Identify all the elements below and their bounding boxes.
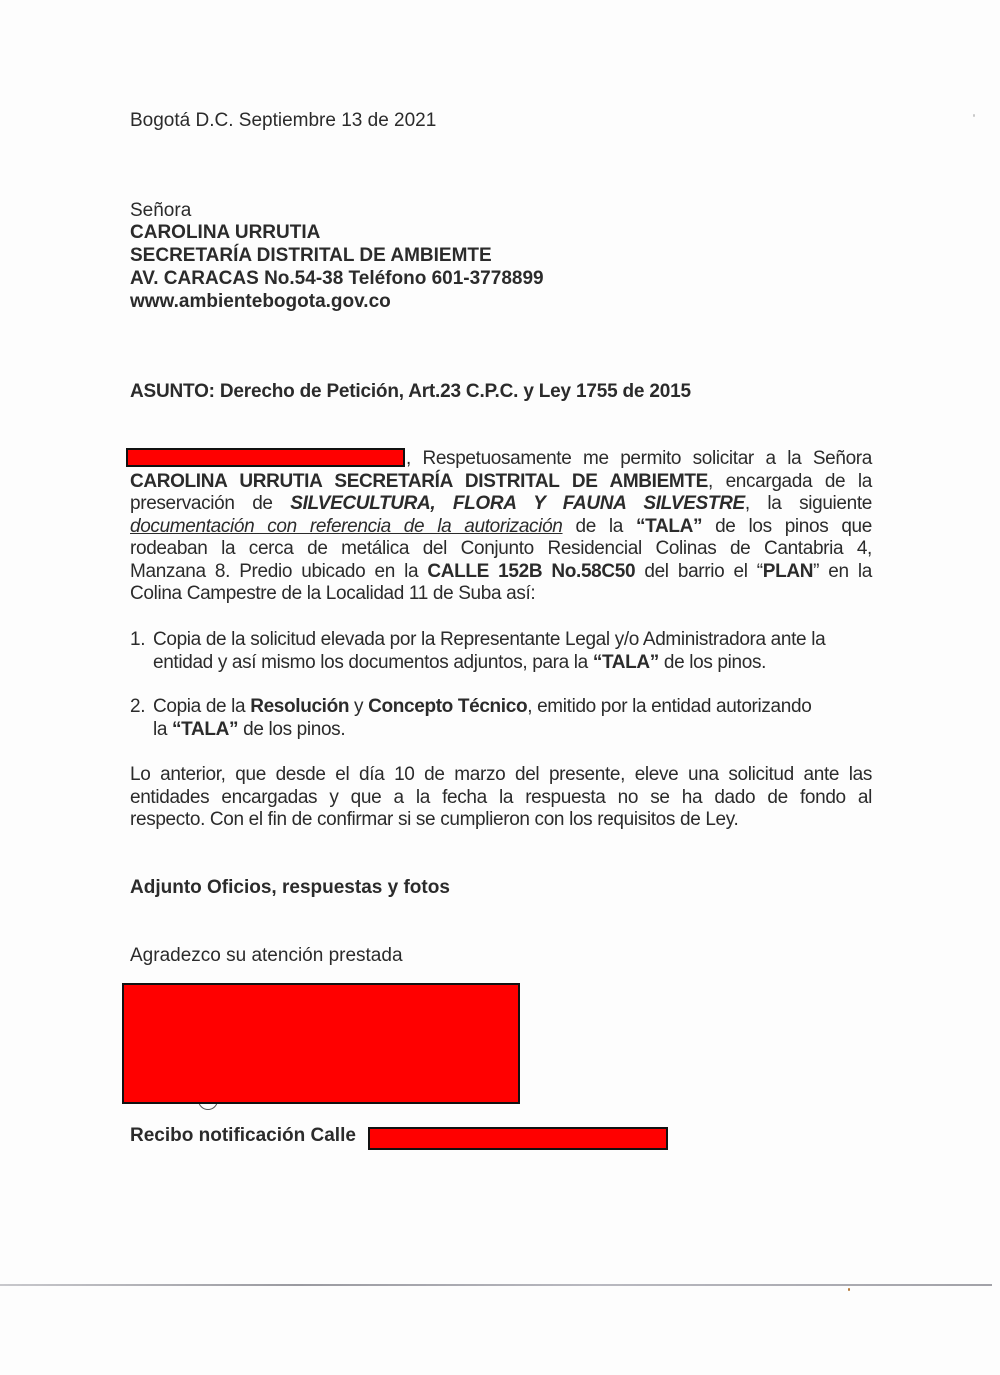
request-line: Copia de la Resolución y Concepto Técnic… [153, 696, 875, 719]
recipient-salutation: Señora [130, 199, 191, 222]
scan-speck [848, 1288, 850, 1291]
attachments-note: Adjunto Oficios, respuestas y fotos [130, 876, 450, 899]
thanks-line: Agradezco su atención prestada [130, 944, 403, 967]
scan-edge-line [0, 1284, 992, 1286]
closing-line: respecto. Con el fin de confirmar si se … [130, 809, 872, 832]
intro-line-7: Colina Campestre de la Localidad 11 de S… [130, 583, 872, 606]
date-line: Bogotá D.C. Septiembre 13 de 2021 [130, 109, 436, 132]
recipient-website: www.ambientebogota.gov.co [130, 290, 391, 313]
intro-line-4: documentación con referencia de la autor… [130, 516, 872, 539]
recipient-name: CAROLINA URRUTIA [130, 221, 320, 244]
subject-line: ASUNTO: Derecho de Petición, Art.23 C.P.… [130, 380, 691, 403]
closing-paragraph: Lo anterior, que desde el día 10 de marz… [130, 764, 872, 832]
recipient-office: SECRETARÍA DISTRITAL DE AMBIEMTE [130, 244, 492, 267]
intro-paragraph: , Respetuosamente me permito solicitar a… [130, 448, 872, 606]
request-number: 1. [130, 629, 145, 652]
intro-line-1: , Respetuosamente me permito solicitar a… [130, 448, 872, 471]
request-line: entidad y así mismo los documentos adjun… [153, 652, 875, 675]
notification-label: Recibo notificación Calle [130, 1124, 356, 1147]
intro-line-3: preservación de SILVECULTURA, FLORA Y FA… [130, 493, 872, 516]
scanned-letter-page: Bogotá D.C. Septiembre 13 de 2021 Señora… [0, 0, 1000, 1375]
intro-line-6: Manzana 8. Predio ubicado en la CALLE 15… [130, 561, 872, 584]
intro-line-2: CAROLINA URRUTIA SECRETARÍA DISTRITAL DE… [130, 471, 872, 494]
closing-line: Lo anterior, que desde el día 10 de marz… [130, 764, 872, 787]
redacted-signature-block [122, 983, 520, 1104]
redacted-notification-address [368, 1127, 668, 1150]
request-item-1: 1. Copia de la solicitud elevada por la … [130, 629, 875, 674]
request-line: Copia de la solicitud elevada por la Rep… [153, 629, 875, 652]
recipient-address: AV. CARACAS No.54-38 Teléfono 601-377889… [130, 267, 544, 290]
request-line: la “TALA” de los pinos. [153, 719, 875, 742]
intro-line-5: rodeaban la cerca de metálica del Conjun… [130, 538, 872, 561]
request-text: Copia de la solicitud elevada por la Rep… [153, 629, 875, 674]
request-text: Copia de la Resolución y Concepto Técnic… [153, 696, 875, 741]
closing-line: entidades encargadas y que a la fecha la… [130, 787, 872, 810]
request-item-2: 2. Copia de la Resolución y Concepto Téc… [130, 696, 875, 741]
scan-speck [973, 114, 975, 117]
request-number: 2. [130, 696, 145, 719]
